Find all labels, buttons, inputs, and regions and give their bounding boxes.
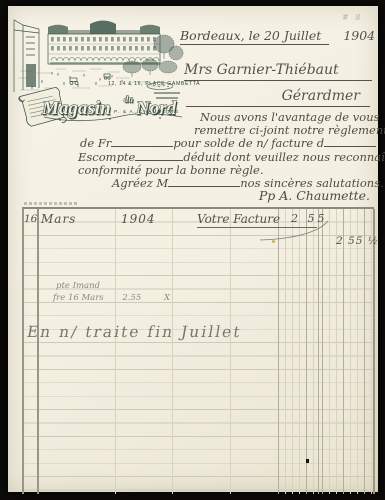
store-name-lettering: Magasin du Nord Magasin du Nord — [40, 90, 186, 122]
body-line-2: remettre ci-joint notre règlement — [194, 123, 385, 137]
proprietor-name: P. & A. Chaumette — [114, 110, 180, 115]
facade-windows — [51, 37, 156, 51]
ledger-rule — [313, 209, 314, 494]
ledger-rule — [343, 209, 344, 494]
pencil-note-line-2: fre 16 Mars 2.55 X — [53, 293, 170, 303]
ledger-rule — [115, 209, 116, 494]
store-name-text: Magasin — [41, 98, 111, 119]
ledger-rule — [285, 209, 286, 494]
ledger-rule — [357, 209, 358, 494]
carriages — [70, 74, 110, 85]
body-line-3-mid: pour solde de n/ facture d — [173, 136, 324, 150]
ledger-rule — [172, 209, 173, 494]
body-line-3: de Frpour solde de n/ facture d — [80, 136, 376, 150]
entry-year: 1904 — [121, 212, 156, 226]
recipient-line: Mrs Garnier-Thiébaut — [184, 62, 372, 81]
recipient-title: Mrs — [184, 62, 212, 78]
ledger-rule — [318, 209, 319, 494]
letterhead-small-print-line — [156, 97, 178, 99]
body-line-1: Nous avons l'avantage de vous — [200, 110, 380, 124]
recipient-name: Garnier-Thiébaut — [217, 62, 339, 78]
date-line: Bordeaux, le 20 Juillet1904 — [180, 28, 375, 43]
pencil-note-date: fre 16 Mars — [53, 293, 104, 303]
body-line-3-start: de Fr — [80, 136, 111, 150]
pencil-note-amount: 2.55 — [122, 293, 141, 303]
pencil-corner-mark: # 8 — [342, 13, 362, 22]
date-day-month: 20 Juillet — [264, 28, 321, 43]
printer-credit — [24, 202, 78, 205]
body-line-4-rest: déduit dont veuillez nous reconnaître de — [183, 150, 385, 164]
svg-text:Nord: Nord — [135, 98, 177, 119]
ledger-rule — [336, 209, 337, 494]
ledger-rule — [299, 209, 300, 494]
svg-text:du: du — [124, 94, 133, 104]
recipient-city-line: Gérardmer — [186, 88, 370, 107]
letterhead-address: 12, 14 & 16, Place Gambetta — [108, 81, 200, 87]
ink-flourish — [258, 218, 330, 244]
invoice-document: 12, 14 & 16, Place Gambetta Magasin du N… — [8, 6, 378, 492]
ledger-rule — [322, 209, 323, 494]
ledger-rule — [292, 209, 293, 494]
ledger-rule — [37, 209, 39, 494]
recipient-city: Gérardmer — [282, 88, 370, 104]
blank-salutation — [168, 176, 240, 187]
ledger-rule — [350, 209, 351, 494]
pencil-note-mark: X — [164, 293, 170, 303]
entry-month: Mars — [41, 212, 76, 226]
letterhead-small-print-line — [154, 92, 180, 94]
blank-invoice-date — [324, 136, 376, 147]
paper-speck — [272, 240, 275, 243]
ledger-rule — [364, 209, 365, 494]
ledger-rule — [373, 209, 375, 494]
entry-day: 16 — [24, 213, 37, 225]
carried-amount: 2 55 ½ — [336, 235, 379, 247]
ledger-table: 16 Mars 1904 Votre Facture 2 55 2 55 ½ p… — [22, 207, 374, 494]
paper-speck — [306, 459, 309, 463]
body-line-5: conformité pour la bonne règle. — [78, 163, 264, 177]
body-line-4-start: Escompte — [78, 150, 135, 164]
blank-amount — [111, 136, 173, 147]
ledger-rule — [306, 209, 307, 494]
ledger-rule — [329, 209, 330, 494]
ledger-rule — [230, 209, 231, 494]
signature: Pp A. Chaumette. — [238, 188, 370, 203]
closing-start: Agréez M — [112, 176, 168, 190]
ledger-rule — [22, 209, 24, 494]
blank-discount — [135, 150, 183, 161]
settlement-note: En n/ traite fin Juillet — [25, 323, 243, 341]
ledger-rule — [371, 209, 372, 494]
ledger-rule — [278, 209, 279, 494]
body-line-4: Escomptedéduit dont veuillez nous reconn… — [78, 150, 385, 164]
date-city: Bordeaux, le — [180, 28, 260, 43]
pencil-note-line-1: pte Imand — [56, 281, 100, 291]
date-year: 1904 — [343, 28, 375, 43]
